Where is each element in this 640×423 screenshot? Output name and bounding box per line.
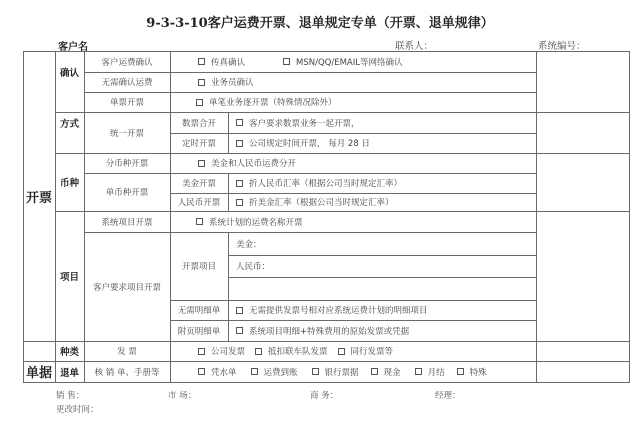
row-label-single-currency: 单币种开票 (84, 173, 170, 211)
option-scheduled-invoice[interactable]: 公司规定时间开票， 每月 28 日 (236, 137, 370, 149)
option-peer-invoice[interactable]: 同行发票等 (338, 345, 394, 357)
option-no-detail[interactable]: 无需提供发票号相对应系统运费计划的明细项目 (236, 304, 428, 316)
category-type: 种类 (55, 341, 84, 361)
checkbox-icon[interactable] (198, 160, 205, 167)
change-time-label: 更改时间： (56, 403, 99, 415)
invoice-item-rmb-field[interactable]: 人民币： (228, 255, 536, 277)
category-confirm: 确认 (55, 51, 84, 92)
option-company-invoice[interactable]: 公司发票 (198, 345, 245, 357)
checkbox-icon[interactable] (196, 218, 203, 225)
sales-signature: 销 售： (56, 389, 84, 401)
contact-label: 联系人： (395, 38, 433, 52)
option-network-confirm[interactable]: MSN/QQ/EMAIL等网络确认 (283, 56, 402, 68)
row-label-system-project: 系统项目开票 (84, 211, 170, 232)
option-single-invoice[interactable]: 单笔业务逐开票（特殊情况除外） (196, 96, 337, 108)
option-bank-note[interactable]: 银行票据 (312, 366, 359, 378)
checkbox-icon[interactable] (236, 199, 243, 206)
row-label-writeoff: 核 销 单、手册等 (84, 361, 170, 382)
category-refund: 退单 (55, 361, 84, 382)
category-method: 方式 (55, 92, 84, 153)
checkbox-icon[interactable] (198, 348, 205, 355)
system-number-label: 系统编号： (538, 38, 586, 52)
page-title: 9-3-3-10客户运费开票、退单规定专单（开票、退单规律） (0, 12, 640, 31)
option-combined-invoice[interactable]: 客户要求数票业务一起开票， (236, 117, 360, 129)
section-invoice: 开票 (23, 51, 55, 341)
option-bank-slip[interactable]: 凭水单 (198, 366, 237, 378)
row-label-customer-project: 客户要求项目开票 (84, 232, 170, 341)
sub-label-usd-invoice: 美金开票 (170, 173, 228, 193)
checkbox-icon[interactable] (236, 140, 243, 147)
invoice-item-extra-field[interactable] (228, 277, 536, 300)
option-monthly[interactable]: 月结 (415, 366, 445, 378)
category-currency: 币种 (55, 153, 84, 211)
section-document: 单据 (23, 361, 55, 382)
checkbox-icon[interactable] (236, 119, 243, 126)
checkbox-icon[interactable] (457, 368, 464, 375)
checkbox-icon[interactable] (312, 368, 319, 375)
checkbox-icon[interactable] (196, 99, 203, 106)
option-system-project[interactable]: 系统计划的运费名称开票 (196, 216, 303, 228)
checkbox-icon[interactable] (198, 79, 205, 86)
sub-label-rmb-invoice: 人民币开票 (170, 193, 228, 211)
business-signature: 商 务： (310, 389, 338, 401)
confirm-options-row: 传真确认 MSN/QQ/EMAIL等网络确认 (170, 51, 536, 72)
row-label-customer-freight-confirm: 客户运费确认 (84, 51, 170, 72)
sub-label-no-detail: 无需明细单 (170, 300, 228, 320)
option-split-currency[interactable]: 美金和人民币运费分开 (198, 157, 296, 169)
category-project: 项目 (55, 211, 84, 341)
option-salesman-confirm[interactable]: 业务员确认 (198, 76, 254, 88)
sub-label-invoice-items: 开票项目 (170, 232, 228, 300)
row-label-split-currency: 分币种开票 (84, 153, 170, 173)
row-label-no-confirm: 无需确认运费 (84, 72, 170, 92)
checkbox-icon[interactable] (338, 348, 345, 355)
checkbox-icon[interactable] (198, 368, 205, 375)
option-usd-to-rmb[interactable]: 折人民币汇率（根据公司当时规定汇率） (236, 177, 402, 189)
row-label-single-invoice: 单票开票 (84, 92, 170, 112)
checkbox-icon[interactable] (236, 307, 243, 314)
option-rmb-to-usd[interactable]: 折美金汇率（根据公司当时规定汇率） (236, 196, 394, 208)
sub-label-attached-detail: 附页明细单 (170, 320, 228, 341)
sub-label-scheduled: 定时开票 (170, 133, 228, 153)
option-fleet-invoice[interactable]: 抵扣联车队发票 (255, 345, 328, 357)
row-label-invoice-type: 发 票 (84, 341, 170, 361)
market-signature: 市 场： (168, 389, 196, 401)
manager-signature: 经理： (435, 389, 461, 401)
invoice-item-usd-field[interactable]: 美金： (228, 232, 536, 255)
row-label-unified-invoice: 统一开票 (84, 112, 170, 153)
option-fax-confirm[interactable]: 传真确认 (198, 56, 245, 68)
checkbox-icon[interactable] (236, 180, 243, 187)
checkbox-icon[interactable] (255, 348, 262, 355)
option-special[interactable]: 特殊 (457, 366, 487, 378)
option-freight-received[interactable]: 运费到账 (251, 366, 298, 378)
checkbox-icon[interactable] (236, 327, 243, 334)
checkbox-icon[interactable] (415, 368, 422, 375)
option-attached-detail[interactable]: 系统项目明细+特殊费用的原始发票或凭据 (236, 325, 409, 337)
sub-label-combined: 数票合开 (170, 112, 228, 133)
checkbox-icon[interactable] (371, 368, 378, 375)
checkbox-icon[interactable] (251, 368, 258, 375)
option-cash[interactable]: 现金 (371, 366, 401, 378)
checkbox-icon[interactable] (283, 58, 290, 65)
checkbox-icon[interactable] (198, 58, 205, 65)
